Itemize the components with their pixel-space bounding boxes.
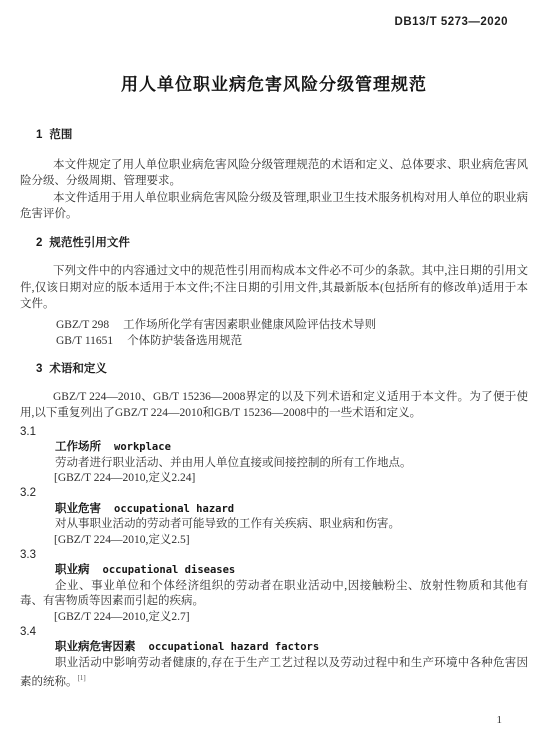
term-name-chinese: 职业危害 <box>55 503 101 515</box>
term-number: 3.4 <box>20 625 528 640</box>
clause-3-title: 术语和定义 <box>49 363 107 375</box>
reference-code: GBZ/T 298 <box>56 319 109 331</box>
clause-1-heading: 1范围 <box>36 128 528 142</box>
term-name: 职业危害occupational hazard <box>20 502 528 517</box>
document-title: 用人单位职业病危害风险分级管理规范 <box>0 70 548 95</box>
term-name: 工作场所workplace <box>20 440 528 455</box>
term-block-3-1: 3.1 工作场所workplace 劳动者进行职业活动、并由用人单位直接或间接控… <box>20 425 528 487</box>
term-block-3-4: 3.4 职业病危害因素occupational hazard factors 职… <box>20 625 528 690</box>
term-definition-text: 职业活动中影响劳动者健康的,存在于生产工艺过程以及劳动过程中和生产环境中各种危害… <box>20 657 528 688</box>
clause-3-paragraph-1: GBZ/T 224—2010、GB/T 15236—2008界定的以及下列术语和… <box>20 389 528 422</box>
reference-title: 工作场所化学有害因素职业健康风险评估技术导则 <box>123 319 376 331</box>
standard-code: DB13/T 5273—2020 <box>395 16 508 28</box>
term-name-english: workplace <box>114 441 171 453</box>
clause-1-paragraph-1: 本文件规定了用人单位职业病危害风险分级管理规范的术语和定义、总体要求、职业病危害… <box>20 157 528 190</box>
term-number: 3.2 <box>20 486 528 501</box>
document-page: DB13/T 5273—2020 用人单位职业病危害风险分级管理规范 1范围 本… <box>0 0 548 741</box>
footnote-marker: [1] <box>78 674 86 682</box>
term-name-english: occupational diseases <box>103 564 236 576</box>
term-block-3-2: 3.2 职业危害occupational hazard 对从事职业活动的劳动者可… <box>20 486 528 548</box>
reference-title: 个体防护装备选用规范 <box>127 335 242 347</box>
clause-2-title: 规范性引用文件 <box>49 237 130 249</box>
term-name: 职业病危害因素occupational hazard factors <box>20 640 528 655</box>
term-definition: 企业、事业单位和个体经济组织的劳动者在职业活动中,因接触粉尘、放射性物质和其他有… <box>20 579 528 610</box>
clause-1-number: 1 <box>36 129 42 141</box>
term-definition: 职业活动中影响劳动者健康的,存在于生产工艺过程以及劳动过程中和生产环境中各种危害… <box>20 656 528 691</box>
reference-entry: GB/T 11651个体防护装备选用规范 <box>20 333 528 350</box>
clause-2-number: 2 <box>36 237 42 249</box>
term-name: 职业病occupational diseases <box>20 563 528 578</box>
term-definition: 劳动者进行职业活动、并由用人单位直接或间接控制的所有工作地点。 <box>20 456 528 471</box>
term-name-english: occupational hazard <box>114 503 234 515</box>
clause-2-heading: 2规范性引用文件 <box>36 236 528 250</box>
reference-entry: GBZ/T 298工作场所化学有害因素职业健康风险评估技术导则 <box>20 317 528 334</box>
term-name-chinese: 职业病危害因素 <box>55 641 136 653</box>
term-number: 3.3 <box>20 548 528 563</box>
page-number: 1 <box>497 714 503 726</box>
clause-2-paragraph-1: 下列文件中的内容通过文中的规范性引用而构成本文件必不可少的条款。其中,注日期的引… <box>20 263 528 313</box>
term-source: [GBZ/T 224—2010,定义2.7] <box>20 610 528 625</box>
term-block-3-3: 3.3 职业病occupational diseases 企业、事业单位和个体经… <box>20 548 528 625</box>
reference-code: GB/T 11651 <box>56 335 113 347</box>
term-name-english: occupational hazard factors <box>149 641 320 653</box>
clause-3-heading: 3术语和定义 <box>36 362 528 376</box>
document-body: 1范围 本文件规定了用人单位职业病危害风险分级管理规范的术语和定义、总体要求、职… <box>20 126 528 690</box>
clause-3-number: 3 <box>36 363 42 375</box>
term-number: 3.1 <box>20 425 528 440</box>
clause-1-paragraph-2: 本文件适用于用人单位职业病危害风险分级及管理,职业卫生技术服务机构对用人单位的职… <box>20 190 528 223</box>
term-source: [GBZ/T 224—2010,定义2.5] <box>20 533 528 548</box>
term-name-chinese: 职业病 <box>55 564 90 576</box>
term-name-chinese: 工作场所 <box>55 441 101 453</box>
clause-1-title: 范围 <box>49 129 72 141</box>
terms-list: 3.1 工作场所workplace 劳动者进行职业活动、并由用人单位直接或间接控… <box>20 425 528 691</box>
term-source: [GBZ/T 224—2010,定义2.24] <box>20 471 528 486</box>
term-definition: 对从事职业活动的劳动者可能导致的工作有关疾病、职业病和伤害。 <box>20 517 528 532</box>
